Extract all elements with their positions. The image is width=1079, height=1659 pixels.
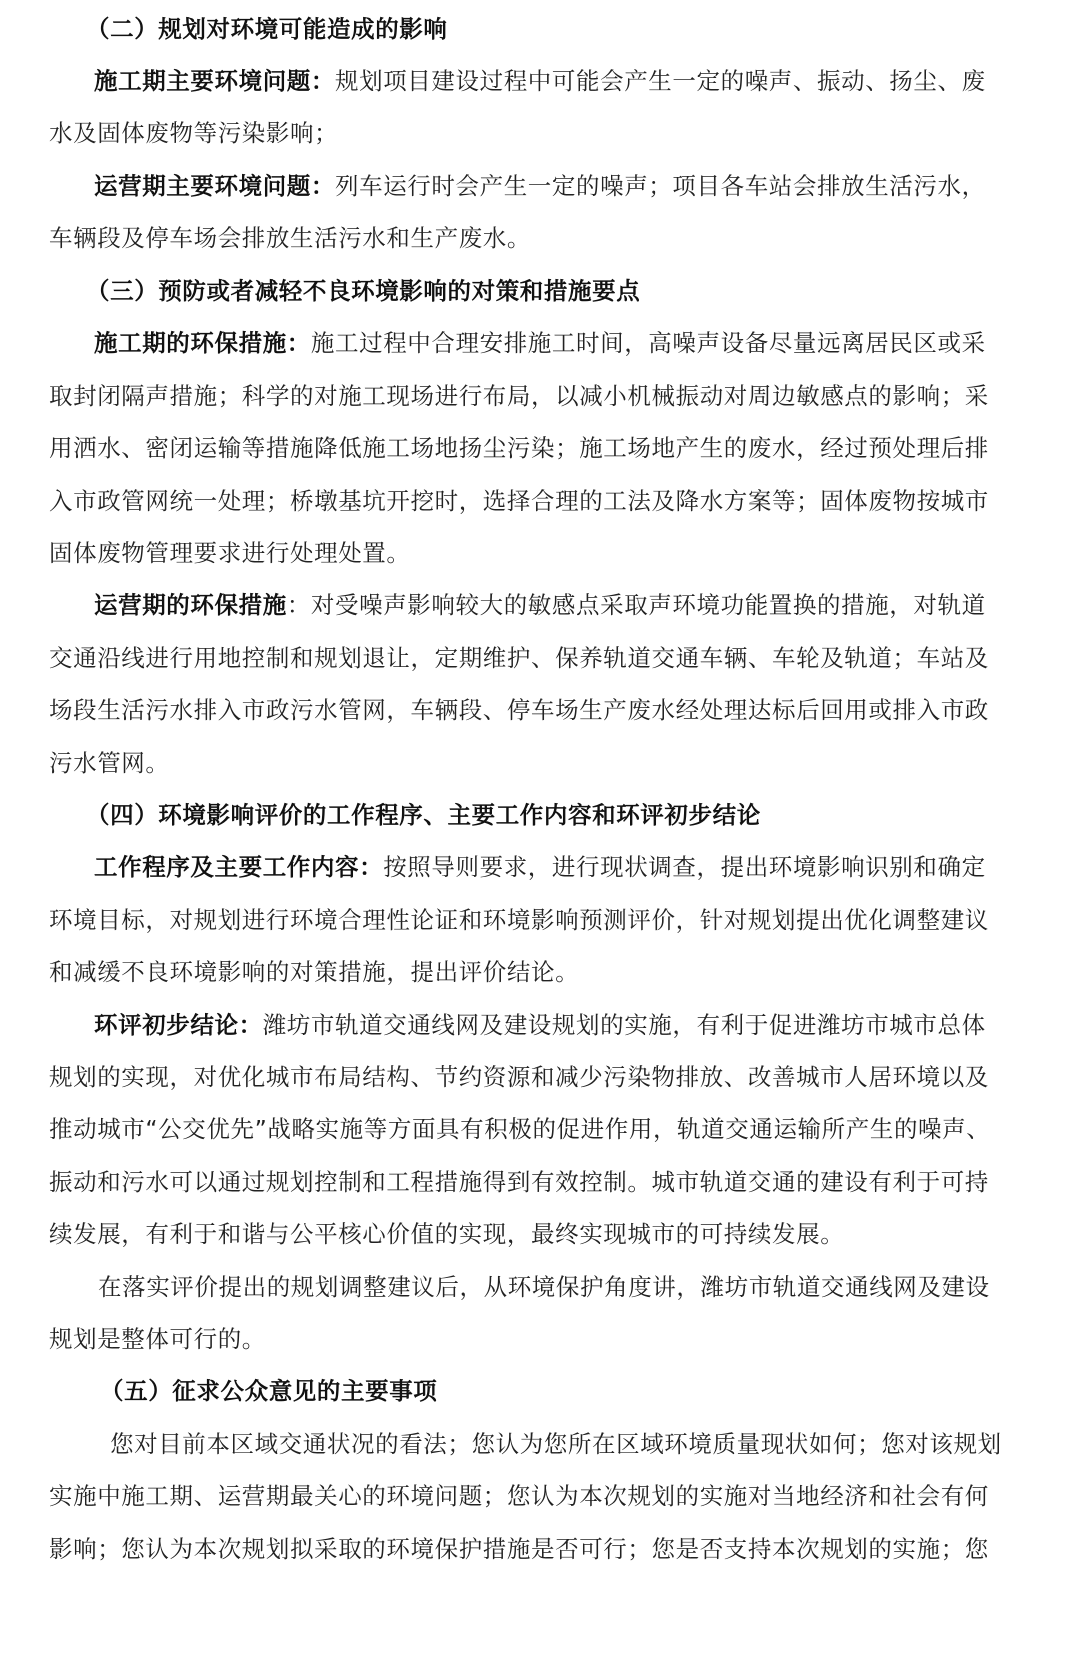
paragraph-line: 污水管网。 (49, 748, 170, 778)
paragraph-line: 在落实评价提出的规划调整建议后，从环境保护角度讲，潍坊市轨道交通线网及建设 (98, 1272, 990, 1302)
paragraph-line: 固体废物管理要求进行处理处置。 (49, 538, 411, 568)
paragraph-line: 实施中施工期、运营期最关心的环境问题；您认为本次规划的实施对当地经济和社会有何 (49, 1481, 989, 1511)
paragraph-line: 续发展，有利于和谐与公平核心价值的实现，最终实现城市的可持续发展。 (49, 1219, 844, 1249)
paragraph-line: 场段生活污水排入市政污水管网，车辆段、停车场生产废水经处理达标后回用或排入市政 (49, 695, 989, 725)
paragraph-line: 运营期主要环境问题：列车运行时会产生一定的噪声；项目各车站会排放生活污水， (94, 171, 986, 201)
paragraph-line: 施工期主要环境问题：规划项目建设过程中可能会产生一定的噪声、振动、扬尘、废 (94, 66, 986, 96)
paragraph-line: 用洒水、密闭运输等措施降低施工场地扬尘污染；施工场地产生的废水，经过预处理后排 (49, 433, 989, 463)
paragraph-line: 取封闭隔声措施；科学的对施工现场进行布局，以减小机械振动对周边敏感点的影响；采 (49, 381, 989, 411)
section-heading-3: （三）预防或者减轻不良环境影响的对策和措施要点 (86, 276, 640, 306)
paragraph-line: 入市政管网统一处理；桥墩基坑开挖时，选择合理的工法及降水方案等；固体废物按城市 (49, 486, 989, 516)
paragraph-line: 推动城市“公交优先”战略实施等方面具有积极的促进作用，轨道交通运输所产生的噪声、 (49, 1114, 990, 1144)
term-label: 运营期的环保措施 (94, 591, 287, 619)
paragraph-line: 规划是整体可行的。 (49, 1324, 266, 1354)
term-label: 运营期主要环境问题： (94, 172, 335, 200)
section-heading-2: （二）规划对环境可能造成的影响 (86, 14, 448, 44)
paragraph-line: 和减缓不良环境影响的对策措施，提出评价结论。 (49, 957, 579, 987)
paragraph-line: 车辆段及停车场会排放生活污水和生产废水。 (49, 223, 531, 253)
section-heading-5: （五）征求公众意见的主要事项 (100, 1376, 437, 1406)
term-label: 工作程序及主要工作内容： (94, 853, 383, 881)
paragraph-line: 环评初步结论：潍坊市轨道交通线网及建设规划的实施，有利于促进潍坊市城市总体 (94, 1010, 986, 1040)
paragraph-line: 环境目标，对规划进行环境合理性论证和环境影响预测评价，针对规划提出优化调整建议 (49, 905, 989, 935)
term-label: 施工期主要环境问题： (94, 67, 335, 95)
term-label: 施工期的环保措施： (94, 329, 311, 357)
paragraph-line: 影响；您认为本次规划拟采取的环境保护措施是否可行；您是否支持本次规划的实施；您 (49, 1534, 989, 1564)
section-heading-4: （四）环境影响评价的工作程序、主要工作内容和环评初步结论 (86, 800, 761, 830)
paragraph-line: 运营期的环保措施：对受噪声影响较大的敏感点采取声环境功能置换的措施，对轨道 (94, 590, 986, 620)
paragraph-line: 交通沿线进行用地控制和规划退让，定期维护、保养轨道交通车辆、车轮及轨道；车站及 (49, 643, 989, 673)
paragraph-line: 水及固体废物等污染影响； (49, 118, 338, 148)
paragraph-line: 规划的实现，对优化城市布局结构、节约资源和减少污染物排放、改善城市人居环境以及 (49, 1062, 989, 1092)
paragraph-line: 您对目前本区域交通状况的看法；您认为您所在区域环境质量现状如何；您对该规划 (110, 1429, 1002, 1459)
term-label: 环评初步结论： (94, 1011, 263, 1039)
paragraph-line: 振动和污水可以通过规划控制和工程措施得到有效控制。城市轨道交通的建设有利于可持 (49, 1167, 989, 1197)
paragraph-line: 施工期的环保措施：施工过程中合理安排施工时间，高噪声设备尽量远离居民区或采 (94, 328, 986, 358)
paragraph-line: 工作程序及主要工作内容：按照导则要求，进行现状调查，提出环境影响识别和确定 (94, 852, 986, 882)
